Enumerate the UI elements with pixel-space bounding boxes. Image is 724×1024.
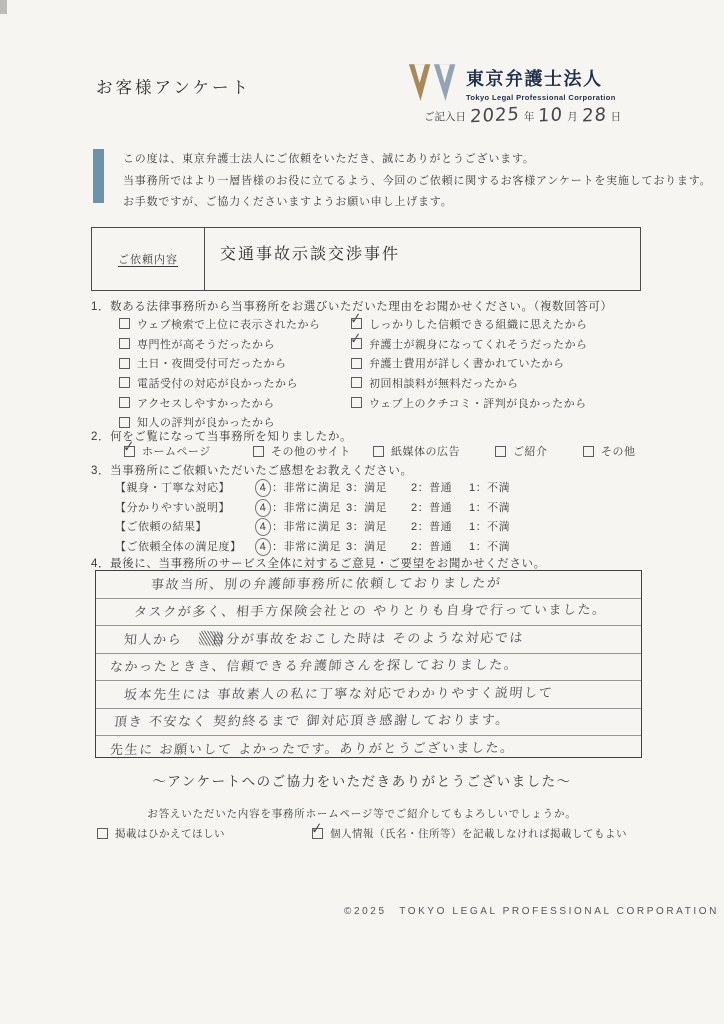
rating-1[interactable]: 1 [469,502,476,514]
comment-line: 先生に お願いして よかったです。ありがとうございました。 [96,736,641,763]
rating-text: ：満足 [353,482,388,494]
q2-option[interactable]: その他 [583,443,636,459]
rating-text: ：満足 [353,541,388,553]
scan-artifact [0,0,7,14]
consent-option[interactable]: 個人情報（氏名・住所等）を記載しなければ掲載してもよい [312,826,627,841]
q1-option-label: 専門性が高そうだったから [137,336,275,352]
checkbox[interactable] [373,446,384,457]
q1-option[interactable]: 弁護士費用が詳しく書かれていたから [351,353,588,373]
rating-4[interactable]: 4 [254,478,272,498]
rating-1[interactable]: 1 [469,521,476,533]
rating-text: ：普通 [418,541,453,553]
q2-option[interactable]: 紙媒体の広告 [373,443,460,459]
rating-4[interactable]: 4 [254,498,272,518]
rating-2[interactable]: 2 [411,502,418,514]
rating-text: ：普通 [418,502,453,514]
q2-option-label: 紙媒体の広告 [391,443,460,459]
date-label: ご記入日 [424,109,466,124]
q1-right-options: しっかりした信頼できる組織に思えたから 弁護士が親身になってくれそうだったから … [351,314,588,412]
intro-accent-bar [93,149,104,203]
survey-page: お客様アンケート 東京弁護士法人 Tokyo Legal Professiona… [0,0,724,1024]
closing-message: ～アンケートへのご協力をいただきありがとうございました～ [0,770,724,790]
question-3-heading: 3．当事務所にご依頼いただいたご感想をお教えください。 [91,462,413,478]
rating-2[interactable]: 2 [411,482,418,494]
q2-options: ホームページ その他のサイト 紙媒体の広告 ご紹介 その他 [0,443,724,463]
rating-text: ：非常に満足 [272,541,341,553]
q2-option-label: その他のサイト [271,443,351,459]
rating-text: ：不満 [476,541,511,553]
checkbox[interactable] [351,338,362,349]
intro-line: お手数ですが、ご協力くださいますようお願い申し上げます。 [123,192,711,214]
q1-left-options: ウェブ検索で上位に表示されたから 専門性が高そうだったから 土日・夜間受付可だっ… [119,314,321,432]
company-name: 東京弁護士法人 [466,65,616,91]
q1-option-label: ウェブ検索で上位に表示されたから [137,316,321,332]
rating-3[interactable]: 3 [346,482,353,494]
q1-option-label: 弁護士が親身になってくれそうだったから [369,336,588,352]
rating-text: ：普通 [418,482,453,494]
checkbox[interactable] [119,377,130,388]
comment-line: 頂き 不安なく 契約終るまで 御対応頂き感謝しております。 [96,709,641,737]
intro-line: 当事務所ではより一層皆様のお役に立てるよう、今回のご依頼に関するお客様アンケート… [123,171,711,193]
q1-option[interactable]: 電話受付の対応が良かったから [119,373,321,393]
page-title: お客様アンケート [96,74,251,98]
checkbox[interactable] [253,446,264,457]
consent-options: 掲載はひかえてほしい 個人情報（氏名・住所等）を記載しなければ掲載してもよい [0,826,724,846]
q2-option-label: その他 [601,443,636,459]
question-4-heading: 4．最後に、当事務所のサービス全体に対するご意見・ご要望をお聞かせください。 [91,555,546,571]
checkbox[interactable] [351,318,362,329]
intro-line: この度は、東京弁護士法人にご依頼をいただき、誠にありがとうございます。 [123,149,711,171]
rating-text: ：非常に満足 [272,482,341,494]
q2-option-label: ホームページ [142,443,211,459]
comment-line: 知人から 自分が事故をおこした時は そのような対応では [96,626,641,654]
q1-option-label: ウェブ上のクチコミ・評判が良かったから [369,395,587,411]
q2-option[interactable]: ご紹介 [495,443,548,459]
consent-question: お答えいただいた内容を事務所ホームページ等でご紹介してもよろしいでしょうか。 [0,806,724,821]
rating-3[interactable]: 3 [346,521,353,533]
checkbox[interactable] [97,828,108,839]
consent-option-label: 個人情報（氏名・住所等）を記載しなければ掲載してもよい [330,826,627,841]
copyright: ©2025 TOKYO LEGAL PROFESSIONAL CORPORATI… [344,902,719,917]
checkbox[interactable] [351,358,362,369]
rating-2[interactable]: 2 [411,541,418,553]
rating-text: ：不満 [476,502,511,514]
rating-4[interactable]: 4 [254,537,272,557]
comment-box[interactable]: 事故当所、別の弁護師事務所に依頼しておりましたが タスクが多く、相手方保険会社と… [95,570,642,758]
date-year-unit: 年 [524,109,535,124]
q3-row-label: 【ご依頼の結果】 [115,518,207,534]
checkbox[interactable] [351,397,362,408]
q1-option[interactable]: 弁護士が親身になってくれそうだったから [351,334,588,354]
request-content-box: ご依頼内容 交通事故示談交渉事件 [91,227,641,291]
rating-1[interactable]: 1 [469,482,476,494]
rating-3[interactable]: 3 [346,502,353,514]
checkbox[interactable] [119,318,130,329]
checkbox[interactable] [119,358,130,369]
q1-option[interactable]: ウェブ検索で上位に表示されたから [119,314,321,334]
q3-row-label: 【分かりやすい説明】 [115,499,230,515]
consent-option[interactable]: 掲載はひかえてほしい [97,826,225,841]
comment-line: なかったときき、信頼できる弁護師さんを探しておりました。 [96,654,641,682]
rating-text: ：非常に満足 [272,521,341,533]
q3-row-label: 【親身・丁寧な対応】 [115,479,230,495]
date-month-unit: 月 [567,109,578,124]
q1-option[interactable]: 初回相談料が無料だったから [351,373,588,393]
q1-option[interactable]: ウェブ上のクチコミ・評判が良かったから [351,393,588,413]
date-day-unit: 日 [611,109,622,124]
checkbox[interactable] [351,377,362,388]
q1-option-label: 土日・夜間受付可だったから [137,355,287,371]
fill-date: ご記入日 2025 年 10 月 28 日 [424,108,621,124]
q1-option-label: アクセスしやすかったから [137,395,275,411]
request-value: 交通事故示談交渉事件 [205,228,400,290]
consent-option-label: 掲載はひかえてほしい [115,826,225,841]
q1-option[interactable]: 専門性が高そうだったから [119,334,321,354]
rating-text: ：不満 [476,521,511,533]
checkbox[interactable] [119,397,130,408]
request-label: ご依頼内容 [118,251,178,267]
q2-option[interactable]: その他のサイト [253,443,351,459]
rating-3[interactable]: 3 [346,541,353,553]
rating-text: ：満足 [353,521,388,533]
rating-2[interactable]: 2 [411,521,418,533]
q1-option-label: 初回相談料が無料だったから [369,375,519,391]
checkbox[interactable] [312,828,323,839]
checkbox[interactable] [495,446,506,457]
rating-text: ：非常に満足 [272,502,341,514]
rating-text: ：満足 [353,502,388,514]
q1-option-label: 電話受付の対応が良かったから [137,375,298,391]
checkbox[interactable] [119,338,130,349]
rating-4[interactable]: 4 [254,517,272,537]
q2-option[interactable]: ホームページ [124,443,211,459]
q1-option[interactable]: しっかりした信頼できる組織に思えたから [351,314,588,334]
company-logo: 東京弁護士法人 Tokyo Legal Professional Corpora… [408,62,616,109]
scribbled-out-text [199,630,224,647]
rating-text: ：普通 [418,521,453,533]
comment-line: タスクが多く、相手方保険会社との やりとりも自身で行っていました。 [96,599,641,627]
comment-line: 事故当所、別の弁護師事務所に依頼しておりましたが [96,571,641,599]
rating-text: ：不満 [476,482,511,494]
company-name-en: Tokyo Legal Professional Corporation [466,93,616,102]
date-month-handwritten: 10 [538,107,564,124]
logo-mark-icon [408,62,458,109]
q1-option[interactable]: 土日・夜間受付可だったから [119,353,321,373]
checkbox[interactable] [583,446,594,457]
rating-1[interactable]: 1 [469,541,476,553]
checkbox[interactable] [119,417,130,428]
q1-option-label: 弁護士費用が詳しく書かれていたから [369,355,565,371]
q3-row-label: 【ご依頼全体の満足度】 [115,538,242,554]
q2-option-label: ご紹介 [513,443,548,459]
intro-block: この度は、東京弁護士法人にご依頼をいただき、誠にありがとうございます。 当事務所… [93,149,711,214]
checkbox[interactable] [124,446,135,457]
date-day-handwritten: 28 [581,107,607,124]
date-year-handwritten: 2025 [470,107,521,126]
comment-line: 坂本先生には 事故素人の私に丁寧な対応でわかりやすく説明して [96,681,641,709]
q1-option[interactable]: アクセスしやすかったから [119,393,321,413]
q1-option-label: しっかりした信頼できる組織に思えたから [369,316,588,332]
